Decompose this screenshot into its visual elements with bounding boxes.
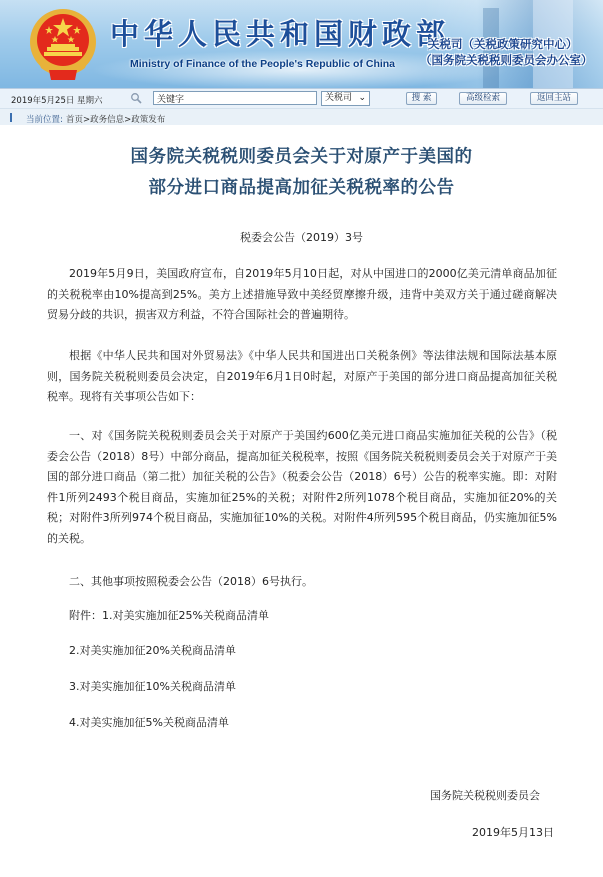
attachment-link-4[interactable]: 4.对美实施加征5%关税商品清单 — [69, 716, 229, 729]
search-button[interactable]: 搜 索 — [406, 92, 437, 105]
return-home-button[interactable]: 返回主站 — [530, 92, 578, 105]
breadcrumb-path: 首页>政务信息>政策发布 — [66, 113, 165, 125]
attachments-label: 附件： — [69, 609, 102, 622]
document-number: 税委会公告（2019）3号 — [0, 229, 603, 245]
department-name: 关税司（关税政策研究中心） （国务院关税税则委员会办公室） — [420, 36, 593, 68]
signed-date: 2019年5月13日 — [472, 824, 554, 840]
site-title-english: Ministry of Finance of the People's Repu… — [130, 58, 395, 70]
breadcrumb-home[interactable]: 首页 — [66, 115, 83, 125]
breadcrumb-news[interactable]: 政务信息 — [90, 115, 124, 125]
attachment-4: 4.对美实施加征5%关税商品清单 — [69, 714, 229, 730]
search-input[interactable] — [153, 91, 317, 105]
search-scope-value: 关税司 — [325, 93, 352, 103]
attachment-link-1[interactable]: 1.对美实施加征25%关税商品清单 — [102, 609, 269, 622]
article-title-line-1: 国务院关税税则委员会关于对原产于美国的 — [0, 143, 603, 168]
breadcrumb-label: 当前位置: — [26, 113, 63, 125]
national-emblem-icon — [27, 6, 99, 82]
breadcrumb-marker-icon — [10, 113, 12, 122]
current-date: 2019年5月25日 星期六 — [11, 94, 103, 106]
search-scope-select[interactable]: 关税司 ⌄ — [321, 91, 370, 106]
department-line-1: 关税司（关税政策研究中心） — [420, 36, 593, 52]
attachment-link-3[interactable]: 3.对美实施加征10%关税商品清单 — [69, 680, 236, 693]
department-line-2: （国务院关税税则委员会办公室） — [420, 53, 593, 67]
chevron-down-icon: ⌄ — [358, 92, 366, 105]
search-toolbar: 2019年5月25日 星期六 关税司 ⌄ 搜 索 高级检索 返回主站 — [0, 88, 603, 108]
paragraph-3: 一、对《国务院关税税则委员会关于对原产于美国约600亿美元进口商品实施加征关税的… — [47, 426, 557, 549]
attachment-3: 3.对美实施加征10%关税商品清单 — [69, 678, 236, 694]
article-title-line-2: 部分进口商品提高加征关税税率的公告 — [0, 174, 603, 199]
paragraph-2: 根据《中华人民共和国对外贸易法》《中华人民共和国进出口关税条例》等法律法规和国际… — [47, 346, 557, 408]
breadcrumb: 当前位置: 首页>政务信息>政策发布 — [0, 108, 603, 125]
attachment-2: 2.对美实施加征20%关税商品清单 — [69, 642, 236, 658]
advanced-search-button[interactable]: 高级检索 — [459, 92, 507, 105]
header-banner: 中华人民共和国财政部 Ministry of Finance of the Pe… — [0, 0, 603, 88]
signatory: 国务院关税税则委员会 — [430, 787, 540, 803]
paragraph-1: 2019年5月9日，美国政府宣布，自2019年5月10日起，对从中国进口的200… — [47, 264, 557, 326]
search-icon — [130, 92, 142, 104]
breadcrumb-policy[interactable]: 政策发布 — [131, 115, 165, 125]
attachment-1: 附件：1.对美实施加征25%关税商品清单 — [69, 607, 269, 623]
attachment-link-2[interactable]: 2.对美实施加征20%关税商品清单 — [69, 644, 236, 657]
site-title: 中华人民共和国财政部 — [110, 12, 450, 53]
other-matters: 二、其他事项按照税委会公告（2018）6号执行。 — [69, 573, 313, 589]
